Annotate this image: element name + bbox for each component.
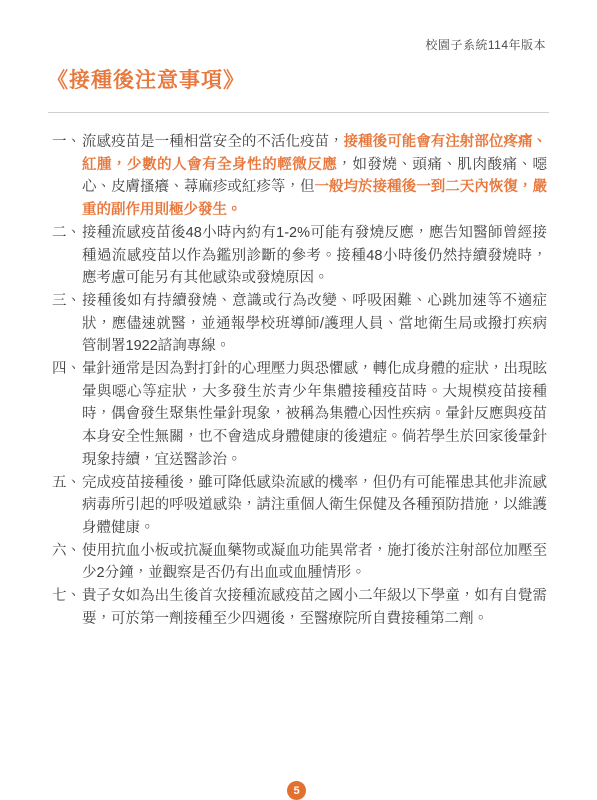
body-text: 接種後如有持續發燒、意識或行為改變、呼吸困難、心跳加速等不適症狀，應儘速就醫，並… xyxy=(82,293,547,354)
body-text: 暈針通常是因為對打針的心理壓力與恐懼感，轉化成身體的症狀，出現眩暈與噁心等症狀，… xyxy=(82,361,547,468)
document-page: 校園子系統114年版本 《接種後注意事項》 一、流感疫苗是一種相當安全的不活化疫… xyxy=(0,0,597,800)
item-marker: 七、 xyxy=(52,585,82,630)
list-item: 四、暈針通常是因為對打針的心理壓力與恐懼感，轉化成身體的症狀，出現眩暈與噁心等症… xyxy=(52,358,547,472)
body-text: 流感疫苗是一種相當安全的不活化疫苗， xyxy=(82,134,344,150)
list-item: 二、接種流感疫苗後48小時內約有1-2%可能有發燒反應，應告知醫師曾經接種過流感… xyxy=(52,222,547,290)
page-header: 校園子系統114年版本 xyxy=(425,36,546,53)
item-marker: 二、 xyxy=(52,222,82,290)
version-label: 校園子系統114年版本 xyxy=(425,38,546,52)
page-number-badge: 5 xyxy=(287,781,306,800)
item-marker: 三、 xyxy=(52,290,82,358)
body-text: 貴子女如為出生後首次接種流感疫苗之國小二年級以下學童，如有自覺需要，可於第一劑接… xyxy=(82,588,547,627)
item-text: 接種流感疫苗後48小時內約有1-2%可能有發燒反應，應告知醫師曾經接種過流感疫苗… xyxy=(82,222,547,290)
notes-list: 一、流感疫苗是一種相當安全的不活化疫苗，接種後可能會有注射部位疼痛、紅腫，少數的… xyxy=(52,131,547,630)
page-title: 《接種後注意事項》 xyxy=(47,66,245,96)
list-item: 六、使用抗血小板或抗凝血藥物或凝血功能異常者，施打後於注射部位加壓至少2分鐘，並… xyxy=(52,540,547,585)
body-text: 完成疫苗接種後，雖可降低感染流感的機率，但仍有可能罹患其他非流感病毒所引起的呼吸… xyxy=(82,475,547,536)
item-text: 接種後如有持續發燒、意識或行為改變、呼吸困難、心跳加速等不適症狀，應儘速就醫，並… xyxy=(82,290,547,358)
item-marker: 六、 xyxy=(52,540,82,585)
item-text: 使用抗血小板或抗凝血藥物或凝血功能異常者，施打後於注射部位加壓至少2分鐘，並觀察… xyxy=(82,540,547,585)
body-text: 接種流感疫苗後48小時內約有1-2%可能有發燒反應，應告知醫師曾經接種過流感疫苗… xyxy=(82,225,547,286)
body-text: 使用抗血小板或抗凝血藥物或凝血功能異常者，施打後於注射部位加壓至少2分鐘，並觀察… xyxy=(82,543,547,582)
list-item: 一、流感疫苗是一種相當安全的不活化疫苗，接種後可能會有注射部位疼痛、紅腫，少數的… xyxy=(52,131,547,222)
item-text: 暈針通常是因為對打針的心理壓力與恐懼感，轉化成身體的症狀，出現眩暈與噁心等症狀，… xyxy=(82,358,547,472)
item-text: 流感疫苗是一種相當安全的不活化疫苗，接種後可能會有注射部位疼痛、紅腫，少數的人會… xyxy=(82,131,547,222)
item-text: 貴子女如為出生後首次接種流感疫苗之國小二年級以下學童，如有自覺需要，可於第一劑接… xyxy=(82,585,547,630)
list-item: 七、貴子女如為出生後首次接種流感疫苗之國小二年級以下學童，如有自覺需要，可於第一… xyxy=(52,585,547,630)
item-text: 完成疫苗接種後，雖可降低感染流感的機率，但仍有可能罹患其他非流感病毒所引起的呼吸… xyxy=(82,472,547,540)
title-divider xyxy=(48,112,549,113)
list-item: 三、接種後如有持續發燒、意識或行為改變、呼吸困難、心跳加速等不適症狀，應儘速就醫… xyxy=(52,290,547,358)
item-marker: 五、 xyxy=(52,472,82,540)
item-marker: 一、 xyxy=(52,131,82,222)
list-item: 五、完成疫苗接種後，雖可降低感染流感的機率，但仍有可能罹患其他非流感病毒所引起的… xyxy=(52,472,547,540)
item-marker: 四、 xyxy=(52,358,82,472)
page-number: 5 xyxy=(293,785,299,797)
